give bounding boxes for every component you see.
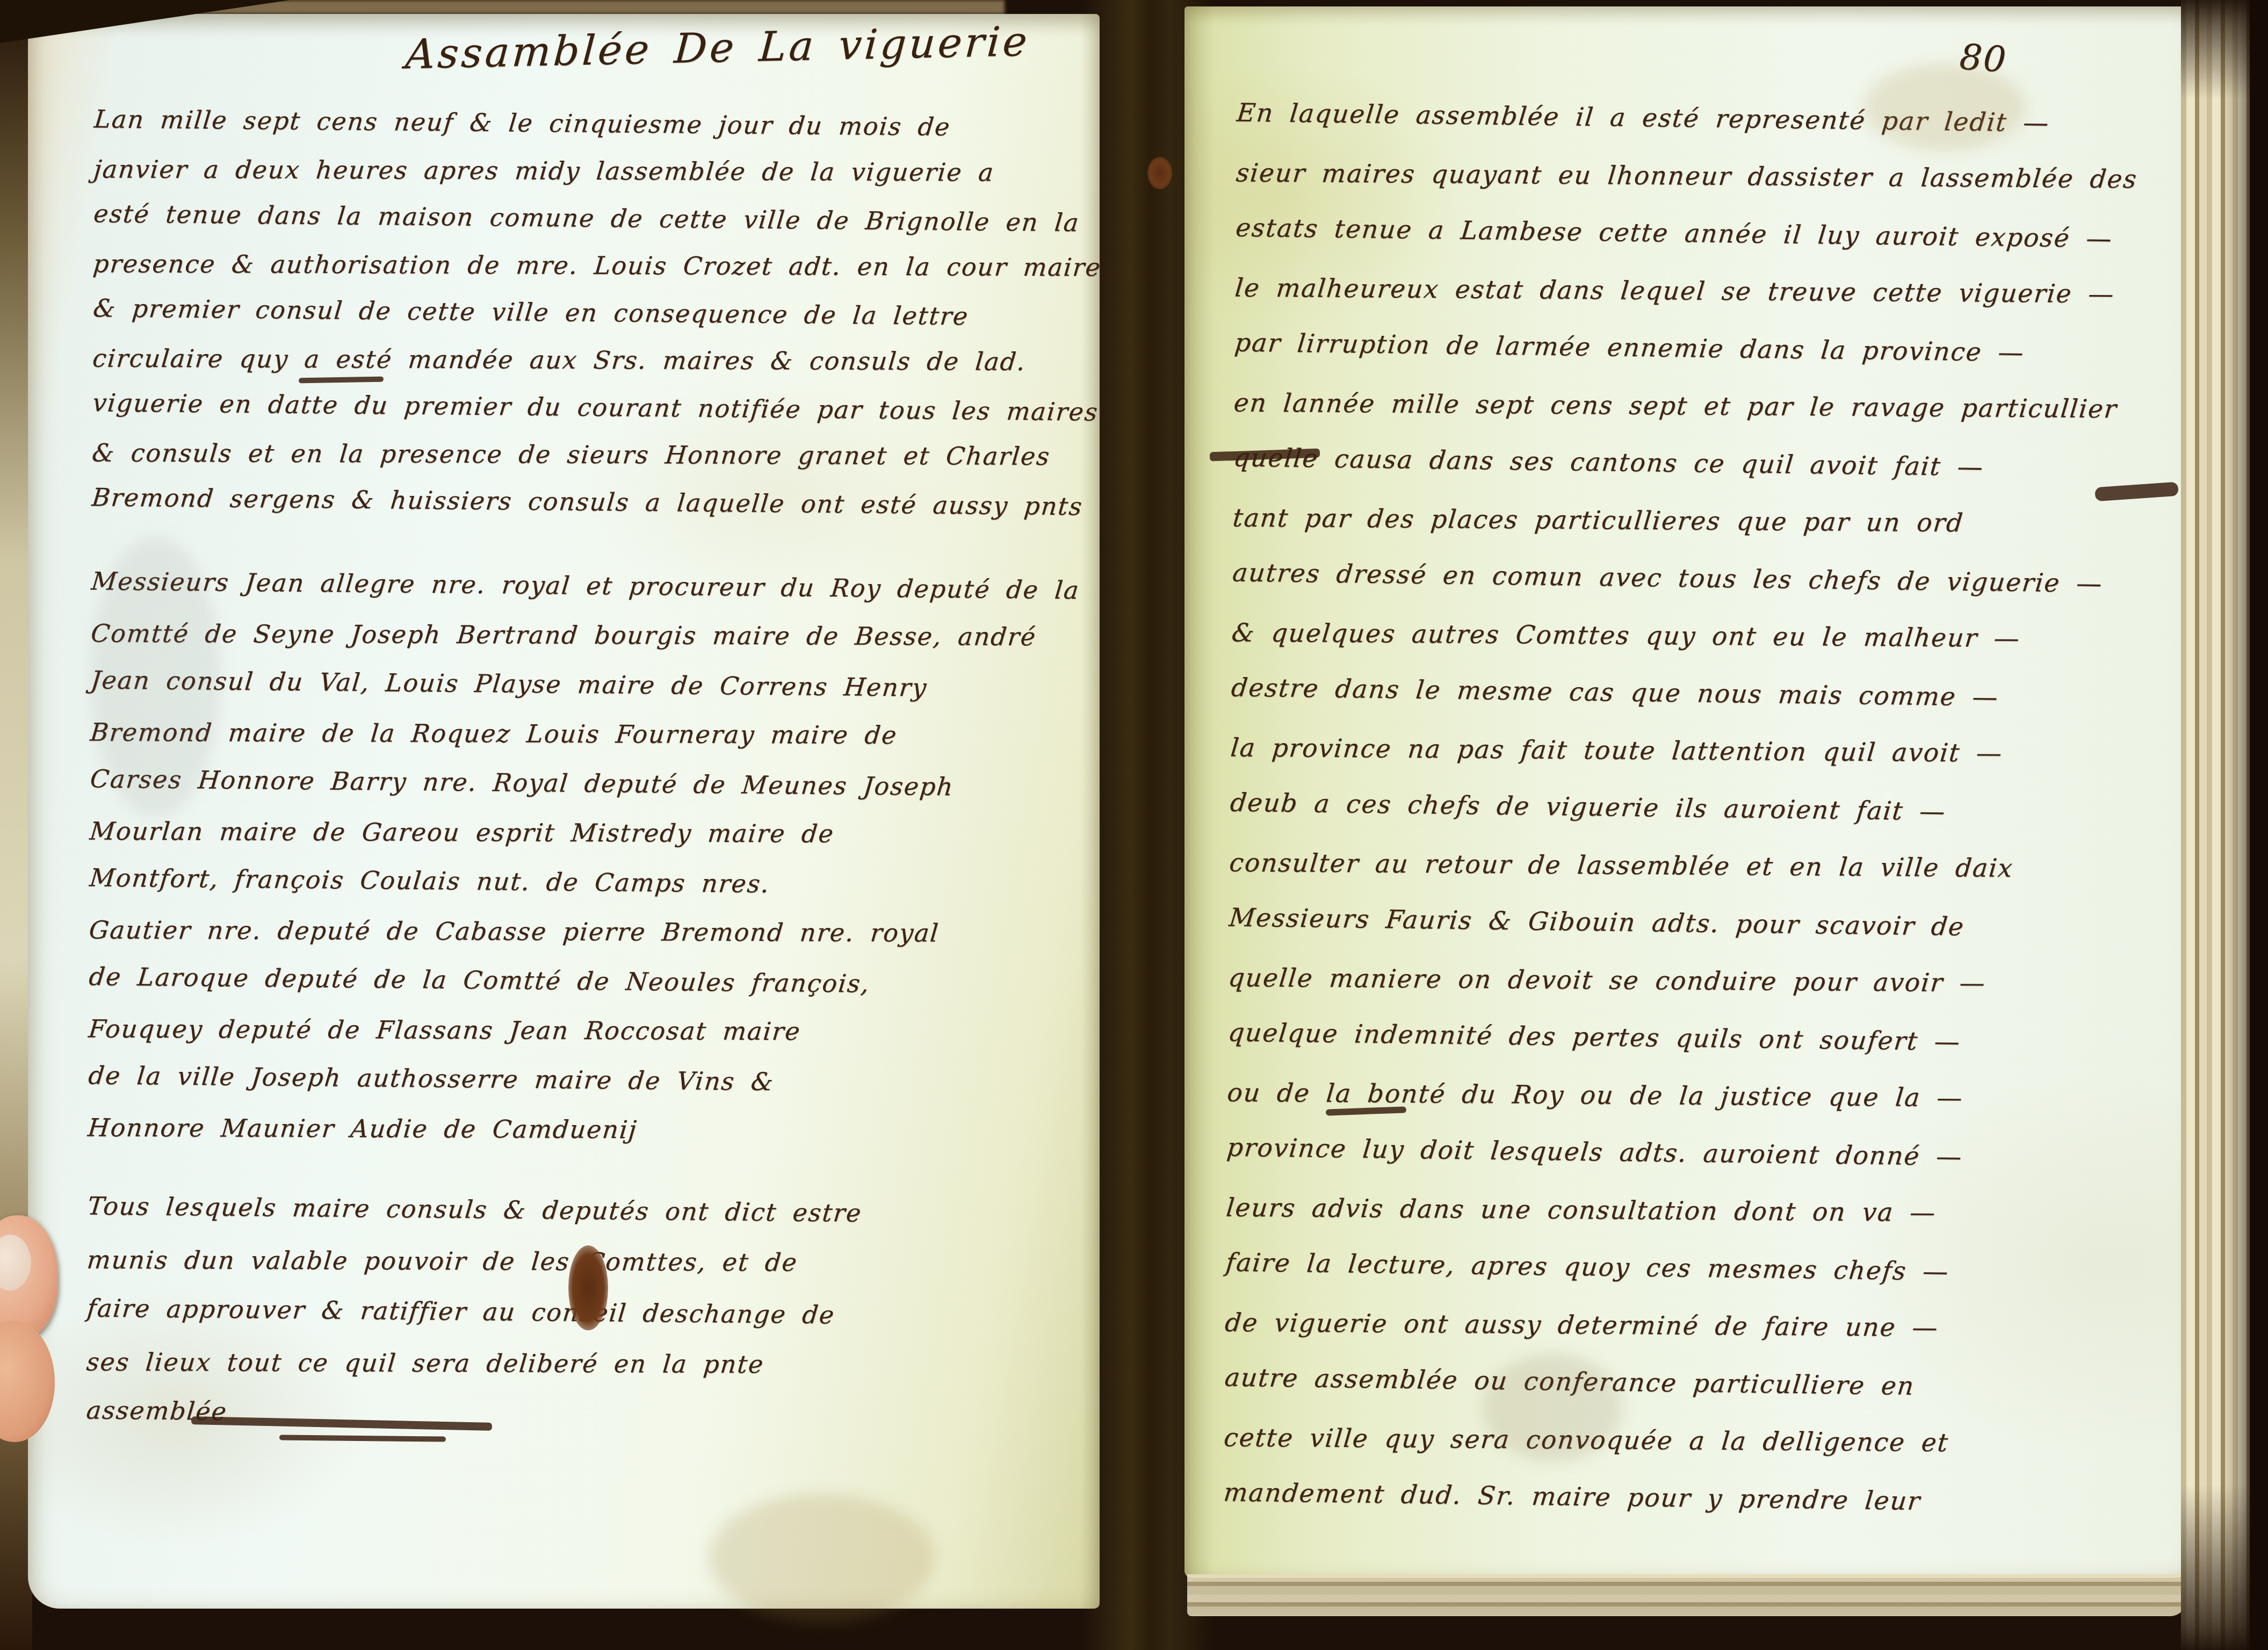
text-line: & premier consul de cette ville en conse…: [91, 284, 1105, 341]
text-line: Mourlan maire de Gareou esprit Mistredy …: [88, 806, 1102, 860]
thumb: [0, 1215, 69, 1441]
paper-stain: [91, 537, 220, 817]
text-line: Montfort, françois Coulais nut. de Camps…: [88, 853, 1102, 911]
paper-stain: [1864, 64, 2025, 150]
paragraph: Lan mille sept cens neuf & le cinquiesme…: [92, 97, 1104, 528]
text-line: assemblée: [84, 1385, 1099, 1445]
paragraph: Messieurs Jean allegre nre. royal et pro…: [88, 558, 1102, 1157]
ink-blot: [568, 1245, 608, 1330]
text-line: Bremond maire de la Roquez Louis Fourner…: [88, 708, 1103, 761]
text-line: Lan mille sept cens neuf & le cinquiesme…: [92, 95, 1106, 152]
text-line: faire la lecture, apres quoy ces mesmes …: [1223, 1234, 2206, 1303]
paper-stain: [709, 1494, 935, 1623]
text-line: ou de la bonté du Roy ou de la justice q…: [1225, 1064, 2208, 1129]
text-line: Jean consul du Val, Louis Playse maire d…: [89, 655, 1103, 714]
text-line: Tous lesquels maire consuls & deputés on…: [85, 1180, 1100, 1241]
text-line: de la ville Joseph authosserre maire de …: [86, 1050, 1100, 1109]
text-line: par lirruption de larmée ennemie dans la…: [1232, 314, 2215, 384]
text-line: le malheureux estat dans lequel se treuv…: [1232, 260, 2215, 324]
text-line: janvier a deux heures apres midy lassemb…: [92, 146, 1106, 197]
text-line: quelque indemnité des pertes quils ont s…: [1225, 1004, 2208, 1073]
text-line: presence & authorisation de mre. Louis C…: [91, 240, 1106, 291]
text-line: ses lieux tout ce quil sera deliberé en …: [84, 1337, 1099, 1392]
text-line: En laquelle assemblée il a esté represen…: [1234, 84, 2217, 154]
text-line: autres dressé en comun avec tous les che…: [1230, 544, 2213, 614]
text-line: de Laroque deputé de la Comtté de Neoule…: [86, 952, 1101, 1010]
text-line: Messieurs Jean allegre nre. royal et pro…: [89, 556, 1103, 615]
text-line: quelle causa dans ses cantons ce quil av…: [1231, 429, 2214, 499]
bottom-page-stack-edge: [1187, 1574, 2186, 1616]
text-line: Gautier nre. deputé de Cabasse pierre Br…: [87, 905, 1102, 959]
text-line: quelle maniere on devoit se conduire pou…: [1226, 949, 2209, 1014]
text-line: leurs advis dans une consultation dont o…: [1224, 1179, 2207, 1243]
text-line: la province na pas fait toute lattention…: [1228, 719, 2211, 784]
paper-stain: [1483, 1354, 1622, 1461]
text-line: sieur maires quayant eu lhonneur dassist…: [1233, 145, 2216, 209]
text-line: Bremond sergens & huissiers consuls a la…: [90, 473, 1104, 530]
text-line: deub a ces chefs de viguerie ils auroien…: [1227, 774, 2211, 844]
thumb-lower: [0, 1321, 55, 1442]
text-line: & consuls et en la presence de sieurs Ho…: [90, 429, 1104, 480]
text-line: destre dans le mesme cas que nous mais c…: [1229, 659, 2212, 729]
text-line: cette ville quy sera convoquée a la dell…: [1221, 1409, 2204, 1473]
background-right: [2250, 0, 2268, 1650]
text-line: Messieurs Fauris & Gibouin adts. pour sc…: [1226, 889, 2209, 959]
text-line: mandement dud. Sr. maire pour y prendre …: [1221, 1464, 2204, 1533]
text-line: esté tenue dans la maison comune de cett…: [91, 190, 1106, 246]
text-line: estats tenue a Lambese cette année il lu…: [1233, 199, 2216, 269]
left-page-text: Lan mille sept cens neuf & le cinquiesme…: [86, 97, 1104, 1443]
ink-blot: [1147, 157, 1172, 189]
text-line: Fouquey deputé de Flassans Jean Roccosat…: [86, 1004, 1101, 1057]
text-line: viguerie en datte du premier du courant …: [90, 379, 1104, 435]
text-line: tant par des places particullieres que p…: [1230, 489, 2213, 554]
text-line: en lannée mille sept cens sept et par le…: [1231, 374, 2214, 439]
text-line: Carses Honnore Barry nre. Royal deputé d…: [88, 754, 1102, 812]
text-line: consulter au retour de lassemblée et en …: [1227, 834, 2210, 899]
manuscript-photo: Assamblée De La viguerie 80 Lan mille se…: [0, 0, 2268, 1650]
text-line: autre assemblée ou conferance particulli…: [1222, 1349, 2205, 1418]
text-line: de viguerie ont aussy determiné de faire…: [1223, 1294, 2206, 1358]
text-line: province luy doit lesquels adts. auroien…: [1224, 1119, 2207, 1188]
text-line: Comtté de Seyne Joseph Bertrand bourgis …: [89, 609, 1103, 662]
right-page-text: En laquelle assemblée il a esté represen…: [1223, 85, 2215, 1532]
text-line: circulaire quy a esté mandée aux Srs. ma…: [90, 335, 1104, 386]
text-line: & quelques autres Comttes quy ont eu le …: [1229, 604, 2212, 669]
text-line: Honnore Maunier Audie de Camduenij: [86, 1103, 1101, 1156]
